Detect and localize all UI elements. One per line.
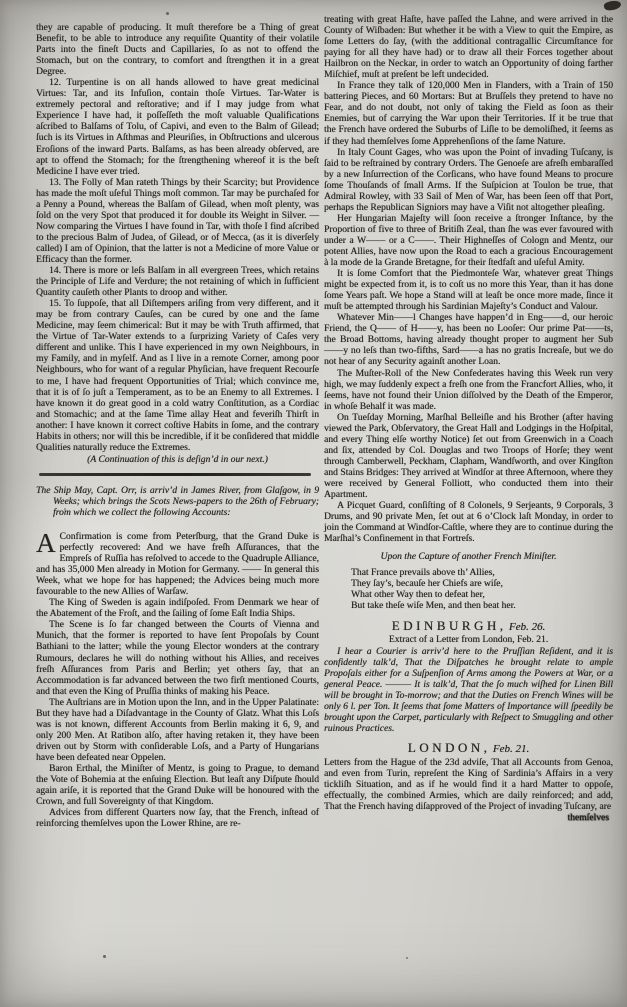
hungarian-majesty-paragraph: Her Hungarian Majeſty will ſoon receive … xyxy=(324,213,613,268)
piedmontese-war-paragraph: It is ſome Comfort that the Piedmonteſe … xyxy=(324,268,613,312)
continuation-note: (A Continuation of this is deſign’d in o… xyxy=(36,454,319,465)
austrians-paragraph: The Auſtrians are in Motion upon the Inn… xyxy=(36,697,319,763)
tar-water-item-14: 14. There is more or leſs Balſam in all … xyxy=(36,265,319,298)
poem-line: That France prevails above th’ Allies, xyxy=(351,567,613,578)
tar-water-item-13: 13. The Folly of Man rateth Things by th… xyxy=(36,177,319,265)
tar-water-item-15: 15. To ſuppoſe, that all Diſtempers ariſ… xyxy=(36,298,319,453)
london-date-label: Feb. 21. xyxy=(493,743,529,755)
drop-cap-a: A xyxy=(36,531,60,554)
ink-speck xyxy=(64,508,66,510)
poem-title: Upon the Capture of another French Miniſ… xyxy=(324,551,613,562)
ink-speck xyxy=(603,0,621,12)
tar-water-intro-paragraph: they are capable of producing. It muſt t… xyxy=(36,22,319,77)
right-column: treating with great Haſte, have paſſed t… xyxy=(324,14,613,823)
baron-erthal-paragraph: Baron Erthal, the Miniſter of Mentz, is … xyxy=(36,763,319,807)
newspaper-page: they are capable of producing. It muſt t… xyxy=(0,0,627,1007)
petersburg-confirmation-paragraph: AConfirmation is come from Peterſburg, t… xyxy=(36,531,319,597)
edinburgh-dateline: EDINBURGH, Feb. 26. xyxy=(324,620,613,633)
ship-arrival-notice: The Ship May, Capt. Orr, is arriv’d in J… xyxy=(36,485,319,518)
section-divider-rule xyxy=(39,473,311,476)
edinburgh-date-label: Feb. 26. xyxy=(509,621,545,633)
ink-speck xyxy=(103,955,106,958)
italy-count-gages-paragraph: In Italy Count Gages, who was upon the P… xyxy=(324,147,613,213)
belleisle-tuesday-paragraph: On Tueſday Morning, Marſhal Belleiſle an… xyxy=(324,412,613,500)
poem-line: They ſay’s, becauſe her Chiefs are wiſe, xyxy=(351,578,613,589)
tar-water-item-12: 12. Turpentine is on all hands allowed t… xyxy=(36,77,319,176)
vienna-munich-paragraph: The Scene is ſo far changed between the … xyxy=(36,619,319,696)
ink-speck xyxy=(279,40,281,42)
france-flanders-paragraph: In France they talk of 120,000 Men in Fl… xyxy=(324,80,613,146)
poem-line: But take theſe wiſe Men, and then beat h… xyxy=(351,600,613,611)
edinburgh-letter-body: I hear a Courier is arriv’d here to the … xyxy=(324,646,613,734)
left-column: they are capable of producing. It muſt t… xyxy=(36,22,319,829)
ink-speck xyxy=(406,957,408,959)
ministerial-changes-paragraph: Whatever Min——l Changes have happen’d in… xyxy=(324,312,613,367)
advices-paragraph: Advices from different Quarters now ſay,… xyxy=(36,807,319,829)
retreating-paragraph: treating with great Haſte, have paſſed t… xyxy=(324,14,613,80)
ink-speck xyxy=(166,12,169,15)
london-city-label: LONDON, xyxy=(408,740,491,755)
muster-roll-paragraph: The Muſter-Roll of the New Confederates … xyxy=(324,368,613,412)
poem: That France prevails above th’ Allies, T… xyxy=(351,567,613,611)
london-news-paragraph: Letters from the Hague of the 23d adviſe… xyxy=(324,757,613,812)
edinburgh-city-label: EDINBURGH, xyxy=(392,618,507,633)
petersburg-confirmation-text: Confirmation is come from Peterſburg, th… xyxy=(36,531,319,597)
letter-extract-subhead: Extract of a Letter from London, Feb. 21… xyxy=(324,634,613,645)
poem-line: What other Way then to defeat her, xyxy=(351,589,613,600)
london-dateline: LONDON, Feb. 21. xyxy=(324,742,613,755)
catchword: themſelves xyxy=(324,812,613,823)
sweden-denmark-paragraph: The King of Sweden is again indiſpoſed. … xyxy=(36,597,319,619)
picquet-guard-paragraph: A Picquet Guard, conſiſting of 8 Colonel… xyxy=(324,500,613,544)
